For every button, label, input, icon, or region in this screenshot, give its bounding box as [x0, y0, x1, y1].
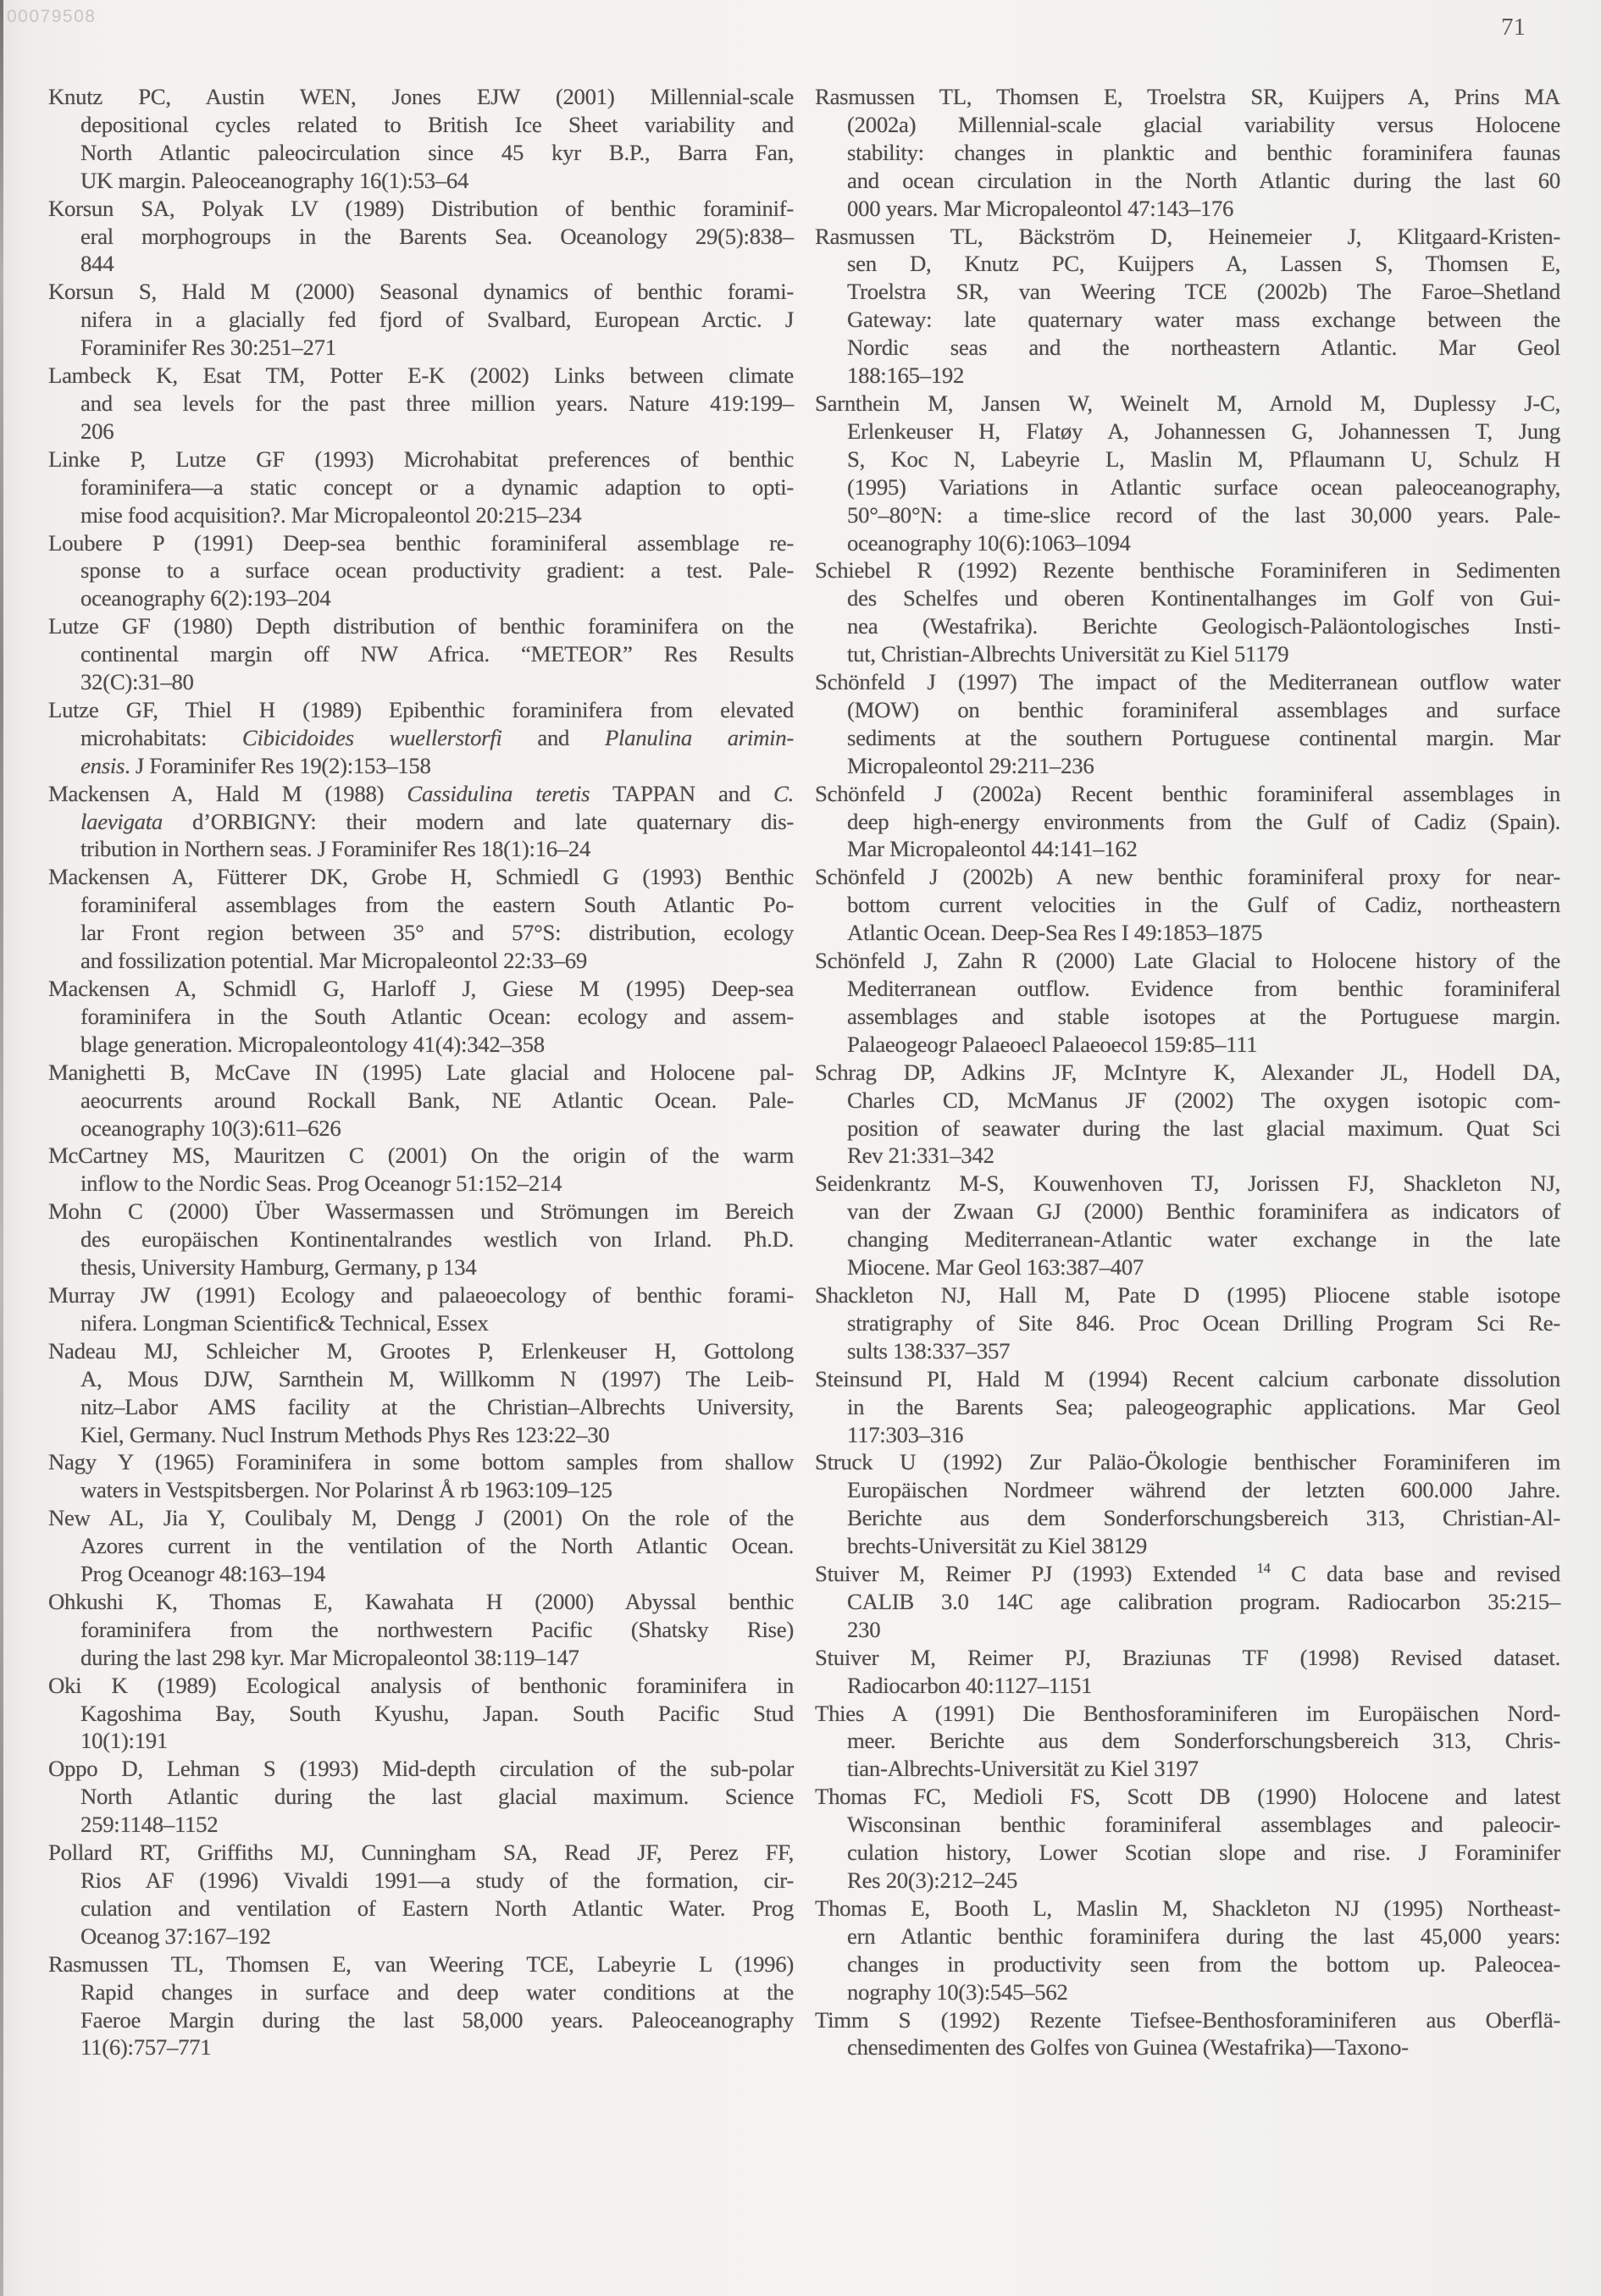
reference-line: Stuiver M, Reimer PJ, Braziunas TF (1998… — [815, 1644, 1560, 1672]
reference-line: aeocurrents around Rockall Bank, NE Atla… — [48, 1087, 794, 1115]
reference-line: Prog Oceanogr 48:163–194 — [48, 1560, 794, 1588]
reference-line: nifera. Longman Scientific& Technical, E… — [48, 1309, 794, 1337]
reference-line: tribution in Northern seas. J Foraminife… — [48, 835, 794, 863]
reference-line: Palaeogeogr Palaeoecl Palaeoecol 159:85–… — [815, 1031, 1560, 1059]
reference-line: position of seawater during the last gla… — [815, 1115, 1560, 1142]
reference-item: Rasmussen TL, Thomsen E, Troelstra SR, K… — [815, 83, 1560, 223]
reference-line: Pollard RT, Griffiths MJ, Cunningham SA,… — [48, 1839, 794, 1867]
reference-line: Nagy Y (1965) Foraminifera in some botto… — [48, 1448, 794, 1476]
reference-line: during the last 298 kyr. Mar Micropaleon… — [48, 1644, 794, 1672]
reference-line: Foraminifer Res 30:251–271 — [48, 334, 794, 362]
reference-line: 188:165–192 — [815, 362, 1560, 390]
reference-line: and sea levels for the past three millio… — [48, 390, 794, 418]
reference-item: Mohn C (2000) Über Wassermassen und Strö… — [48, 1198, 794, 1281]
reference-text: and — [502, 725, 605, 750]
reference-line: Mediterranean outflow. Evidence from ben… — [815, 975, 1560, 1003]
references-column-right: Rasmussen TL, Thomsen E, Troelstra SR, K… — [815, 83, 1560, 2061]
reference-item: Mackensen A, Fütterer DK, Grobe H, Schmi… — [48, 863, 794, 975]
reference-line: deep high-energy environments from the G… — [815, 808, 1560, 836]
reference-line: Res 20(3):212–245 — [815, 1867, 1560, 1895]
reference-line: Kagoshima Bay, South Kyushu, Japan. Sout… — [48, 1700, 794, 1728]
reference-item: Thies A (1991) Die Benthosforaminiferen … — [815, 1700, 1560, 1784]
reference-line: depositional cycles related to British I… — [48, 111, 794, 139]
reference-item: McCartney MS, Mauritzen C (2001) On the … — [48, 1142, 794, 1198]
reference-line: des Schelfes und oberen Kontinentalhange… — [815, 584, 1560, 612]
reference-line: Lambeck K, Esat TM, Potter E-K (2002) Li… — [48, 362, 794, 390]
reference-line: laevigata d’ORBIGNY: their modern and la… — [48, 808, 794, 836]
reference-line: Korsun SA, Polyak LV (1989) Distribution… — [48, 195, 794, 223]
reference-line: tut, Christian-Albrechts Universität zu … — [815, 640, 1560, 668]
reference-line: changes in productivity seen from the bo… — [815, 1950, 1560, 1978]
species-name-italic: Cassidulina teretis — [407, 781, 590, 806]
reference-line: stratigraphy of Site 846. Proc Ocean Dri… — [815, 1309, 1560, 1337]
reference-item: Stuiver M, Reimer PJ, Braziunas TF (1998… — [815, 1644, 1560, 1700]
reference-line: 117:303–316 — [815, 1421, 1560, 1449]
reference-line: ensis. J Foraminifer Res 19(2):153–158 — [48, 752, 794, 780]
reference-line: Wisconsinan benthic foraminiferal assemb… — [815, 1811, 1560, 1839]
reference-line: Ohkushi K, Thomas E, Kawahata H (2000) A… — [48, 1588, 794, 1616]
reference-line: Miocene. Mar Geol 163:387–407 — [815, 1253, 1560, 1281]
reference-line: 259:1148–1152 — [48, 1811, 794, 1839]
reference-line: sediments at the southern Portuguese con… — [815, 724, 1560, 752]
reference-line: 844 — [48, 250, 794, 278]
reference-line: sen D, Knutz PC, Kuijpers A, Lassen S, T… — [815, 250, 1560, 278]
reference-line: ern Atlantic benthic foraminifera during… — [815, 1923, 1560, 1950]
reference-line: microhabitats: Cibicidoides wuellerstorf… — [48, 724, 794, 752]
reference-line: Struck U (1992) Zur Paläo-Ökologie benth… — [815, 1448, 1560, 1476]
reference-line: UK margin. Paleoceanography 16(1):53–64 — [48, 167, 794, 195]
reference-line: 32(C):31–80 — [48, 668, 794, 696]
reference-line: Nadeau MJ, Schleicher M, Grootes P, Erle… — [48, 1337, 794, 1365]
reference-line: Rasmussen TL, Bäckström D, Heinemeier J,… — [815, 223, 1560, 251]
reference-line: assemblages and stable isotopes at the P… — [815, 1003, 1560, 1031]
reference-line: foraminifera in the South Atlantic Ocean… — [48, 1003, 794, 1031]
reference-item: Rasmussen TL, Bäckström D, Heinemeier J,… — [815, 223, 1560, 390]
reference-line: changing Mediterranean-Atlantic water ex… — [815, 1225, 1560, 1253]
reference-line: culation and ventilation of Eastern Nort… — [48, 1895, 794, 1923]
reference-item: Timm S (1992) Rezente Tiefsee-Benthosfor… — [815, 2006, 1560, 2062]
reference-line: 50°–80°N: a time-slice record of the las… — [815, 501, 1560, 529]
reference-line: and fossilization potential. Mar Micropa… — [48, 947, 794, 975]
reference-text: Stuiver M, Reimer PJ (1993) Extended — [815, 1561, 1257, 1586]
reference-line: Stuiver M, Reimer PJ (1993) Extended 14 … — [815, 1560, 1560, 1588]
reference-item: Nadeau MJ, Schleicher M, Grootes P, Erle… — [48, 1337, 794, 1449]
reference-line: stability: changes in planktic and benth… — [815, 139, 1560, 167]
reference-item: Struck U (1992) Zur Paläo-Ökologie benth… — [815, 1448, 1560, 1560]
reference-line: Schönfeld J (2002a) Recent benthic foram… — [815, 780, 1560, 808]
reference-item: Oki K (1989) Ecological analysis of bent… — [48, 1672, 794, 1756]
reference-item: Schönfeld J (1997) The impact of the Med… — [815, 668, 1560, 780]
reference-line: 206 — [48, 418, 794, 445]
reference-line: Erlenkeuser H, Flatøy A, Johannessen G, … — [815, 418, 1560, 445]
reference-item: Schönfeld J (2002a) Recent benthic foram… — [815, 780, 1560, 864]
reference-line: Oceanog 37:167–192 — [48, 1923, 794, 1950]
reference-line: Atlantic Ocean. Deep-Sea Res I 49:1853–1… — [815, 919, 1560, 947]
reference-line: brechts-Universität zu Kiel 38129 — [815, 1532, 1560, 1560]
reference-line: Steinsund PI, Hald M (1994) Recent calci… — [815, 1365, 1560, 1393]
reference-line: North Atlantic during the last glacial m… — [48, 1783, 794, 1811]
species-name-italic: Cibicidoides wuellerstorfi — [242, 725, 502, 750]
reference-line: Charles CD, McManus JF (2002) The oxygen… — [815, 1087, 1560, 1115]
reference-line: Berichte aus dem Sonderforschungsbereich… — [815, 1504, 1560, 1532]
reference-line: Radiocarbon 40:1127–1151 — [815, 1672, 1560, 1700]
reference-item: Lutze GF (1980) Depth distribution of be… — [48, 612, 794, 696]
reference-line: continental margin off NW Africa. “METEO… — [48, 640, 794, 668]
reference-item: Korsun S, Hald M (2000) Seasonal dynamic… — [48, 278, 794, 362]
reference-line: eral morphogroups in the Barents Sea. Oc… — [48, 223, 794, 251]
reference-text: microhabitats: — [80, 725, 242, 750]
reference-line: 10(1):191 — [48, 1727, 794, 1755]
reference-line: nography 10(3):545–562 — [815, 1978, 1560, 2006]
reference-line: Mackensen A, Fütterer DK, Grobe H, Schmi… — [48, 863, 794, 891]
reference-item: Nagy Y (1965) Foraminifera in some botto… — [48, 1448, 794, 1504]
reference-item: Ohkushi K, Thomas E, Kawahata H (2000) A… — [48, 1588, 794, 1672]
reference-line: McCartney MS, Mauritzen C (2001) On the … — [48, 1142, 794, 1170]
reference-text: . J Foraminifer Res 19(2):153–158 — [125, 753, 431, 778]
reference-line: sults 138:337–357 — [815, 1337, 1560, 1365]
reference-item: Lutze GF, Thiel H (1989) Epibenthic fora… — [48, 696, 794, 780]
reference-line: Lutze GF (1980) Depth distribution of be… — [48, 612, 794, 640]
reference-text: d’ORBIGNY: their modern and late quatern… — [163, 809, 794, 834]
reference-line: Loubere P (1991) Deep-sea benthic forami… — [48, 529, 794, 557]
reference-line: thesis, University Hamburg, Germany, p 1… — [48, 1253, 794, 1281]
reference-line: Schönfeld J, Zahn R (2000) Late Glacial … — [815, 947, 1560, 975]
reference-item: Thomas FC, Medioli FS, Scott DB (1990) H… — [815, 1783, 1560, 1895]
reference-line: Thies A (1991) Die Benthosforaminiferen … — [815, 1700, 1560, 1728]
page-number: 71 — [1501, 14, 1526, 41]
reference-line: Mohn C (2000) Über Wassermassen und Strö… — [48, 1198, 794, 1225]
reference-line: foraminiferal assemblages from the easte… — [48, 891, 794, 919]
reference-line: 11(6):757–771 — [48, 2033, 794, 2061]
reference-line: meer. Berichte aus dem Sonderforschungsb… — [815, 1727, 1560, 1755]
species-name-italic: laevigata — [80, 809, 163, 834]
reference-item: Korsun SA, Polyak LV (1989) Distribution… — [48, 195, 794, 279]
reference-item: Steinsund PI, Hald M (1994) Recent calci… — [815, 1365, 1560, 1449]
reference-line: Lutze GF, Thiel H (1989) Epibenthic fora… — [48, 696, 794, 724]
reference-line: oceanography 10(6):1063–1094 — [815, 529, 1560, 557]
reference-line: in the Barents Sea; paleogeographic appl… — [815, 1393, 1560, 1421]
reference-line: (2002a) Millennial-scale glacial variabi… — [815, 111, 1560, 139]
reference-line: Manighetti B, McCave IN (1995) Late glac… — [48, 1059, 794, 1087]
reference-line: tian-Albrechts-Universität zu Kiel 3197 — [815, 1755, 1560, 1783]
reference-line: van der Zwaan GJ (2000) Benthic foramini… — [815, 1198, 1560, 1225]
reference-line: Faeroe Margin during the last 58,000 yea… — [48, 2006, 794, 2034]
reference-line: Mackensen A, Schmidl G, Harloff J, Giese… — [48, 975, 794, 1003]
reference-line: New AL, Jia Y, Coulibaly M, Dengg J (200… — [48, 1504, 794, 1532]
scan-edge-artifact — [0, 0, 3, 2296]
reference-line: Rapid changes in surface and deep water … — [48, 1978, 794, 2006]
reference-line: mise food acquisition?. Mar Micropaleont… — [48, 501, 794, 529]
reference-item: Linke P, Lutze GF (1993) Microhabitat pr… — [48, 445, 794, 529]
reference-line: foraminifera—a static concept or a dynam… — [48, 473, 794, 501]
reference-text: TAPPAN and — [590, 781, 773, 806]
reference-line: Schrag DP, Adkins JF, McIntyre K, Alexan… — [815, 1059, 1560, 1087]
reference-line: Knutz PC, Austin WEN, Jones EJW (2001) M… — [48, 83, 794, 111]
reference-line: Korsun S, Hald M (2000) Seasonal dynamic… — [48, 278, 794, 306]
reference-item: Shackleton NJ, Hall M, Pate D (1995) Pli… — [815, 1281, 1560, 1365]
reference-item: Oppo D, Lehman S (1993) Mid-depth circul… — [48, 1755, 794, 1839]
reference-line: culation history, Lower Scotian slope an… — [815, 1839, 1560, 1867]
scan-watermark: 00079508 — [7, 7, 96, 27]
reference-line: and ocean circulation in the North Atlan… — [815, 167, 1560, 195]
reference-line: oceanography 6(2):193–204 — [48, 584, 794, 612]
reference-line: Seidenkrantz M-S, Kouwenhoven TJ, Joriss… — [815, 1170, 1560, 1198]
species-name-italic: Planulina arimin- — [605, 725, 794, 750]
reference-item: Stuiver M, Reimer PJ (1993) Extended 14 … — [815, 1560, 1560, 1644]
reference-line: Europäischen Nordmeer während der letzte… — [815, 1476, 1560, 1504]
scanned-paper-page: { "page": { "watermark": "00079508", "pa… — [0, 0, 1601, 2296]
reference-item: Rasmussen TL, Thomsen E, van Weering TCE… — [48, 1950, 794, 2062]
reference-item: Schönfeld J, Zahn R (2000) Late Glacial … — [815, 947, 1560, 1059]
reference-line: 000 years. Mar Micropaleontol 47:143–176 — [815, 195, 1560, 223]
reference-line: Rios AF (1996) Vivaldi 1991—a study of t… — [48, 1867, 794, 1895]
reference-item: Schiebel R (1992) Rezente benthische For… — [815, 556, 1560, 668]
reference-line: Oki K (1989) Ecological analysis of bent… — [48, 1672, 794, 1700]
reference-line: Schiebel R (1992) Rezente benthische For… — [815, 556, 1560, 584]
reference-item: Mackensen A, Hald M (1988) Cassidulina t… — [48, 780, 794, 864]
reference-line: des europäischen Kontinentalrandes westl… — [48, 1225, 794, 1253]
reference-item: Mackensen A, Schmidl G, Harloff J, Giese… — [48, 975, 794, 1059]
species-name-italic: ensis — [80, 753, 125, 778]
reference-line: bottom current velocities in the Gulf of… — [815, 891, 1560, 919]
reference-item: Seidenkrantz M-S, Kouwenhoven TJ, Joriss… — [815, 1170, 1560, 1281]
reference-line: (MOW) on benthic foraminiferal assemblag… — [815, 696, 1560, 724]
reference-line: Rasmussen TL, Thomsen E, van Weering TCE… — [48, 1950, 794, 1978]
reference-line: CALIB 3.0 14C age calibration program. R… — [815, 1588, 1560, 1616]
reference-item: New AL, Jia Y, Coulibaly M, Dengg J (200… — [48, 1504, 794, 1588]
reference-line: Rev 21:331–342 — [815, 1142, 1560, 1170]
reference-item: Thomas E, Booth L, Maslin M, Shackleton … — [815, 1895, 1560, 2006]
references-column-left: Knutz PC, Austin WEN, Jones EJW (2001) M… — [48, 83, 794, 2061]
reference-line: sponse to a surface ocean productivity g… — [48, 556, 794, 584]
reference-line: Murray JW (1991) Ecology and palaeoecolo… — [48, 1281, 794, 1309]
reference-line: nea (Westafrika). Berichte Geologisch-Pa… — [815, 612, 1560, 640]
reference-item: Lambeck K, Esat TM, Potter E-K (2002) Li… — [48, 362, 794, 445]
reference-item: Schrag DP, Adkins JF, McIntyre K, Alexan… — [815, 1059, 1560, 1170]
reference-item: Schönfeld J (2002b) A new benthic forami… — [815, 863, 1560, 947]
reference-line: A, Mous DJW, Sarnthein M, Willkomm N (19… — [48, 1365, 794, 1393]
reference-line: Schönfeld J (2002b) A new benthic forami… — [815, 863, 1560, 891]
species-name-italic: C. — [773, 781, 794, 806]
reference-line: 230 — [815, 1616, 1560, 1644]
reference-item: Murray JW (1991) Ecology and palaeoecolo… — [48, 1281, 794, 1337]
reference-line: Oppo D, Lehman S (1993) Mid-depth circul… — [48, 1755, 794, 1783]
reference-item: Pollard RT, Griffiths MJ, Cunningham SA,… — [48, 1839, 794, 1950]
reference-line: (1995) Variations in Atlantic surface oc… — [815, 473, 1560, 501]
reference-line: chensedimenten des Golfes von Guinea (We… — [815, 2033, 1560, 2061]
reference-line: nitz–Labor AMS facility at the Christian… — [48, 1393, 794, 1421]
reference-line: nifera in a glacially fed fjord of Svalb… — [48, 306, 794, 334]
reference-line: Schönfeld J (1997) The impact of the Med… — [815, 668, 1560, 696]
reference-item: Loubere P (1991) Deep-sea benthic forami… — [48, 529, 794, 613]
reference-line: Micropaleontol 29:211–236 — [815, 752, 1560, 780]
reference-line: Thomas FC, Medioli FS, Scott DB (1990) H… — [815, 1783, 1560, 1811]
reference-line: Nordic seas and the northeastern Atlanti… — [815, 334, 1560, 362]
reference-text: C data base and revised — [1271, 1561, 1560, 1586]
reference-line: Azores current in the ventilation of the… — [48, 1532, 794, 1560]
reference-item: Knutz PC, Austin WEN, Jones EJW (2001) M… — [48, 83, 794, 195]
reference-line: Timm S (1992) Rezente Tiefsee-Benthosfor… — [815, 2006, 1560, 2034]
reference-line: North Atlantic paleocirculation since 45… — [48, 139, 794, 167]
reference-line: Thomas E, Booth L, Maslin M, Shackleton … — [815, 1895, 1560, 1923]
reference-line: foraminifera from the northwestern Pacif… — [48, 1616, 794, 1644]
reference-line: Shackleton NJ, Hall M, Pate D (1995) Pli… — [815, 1281, 1560, 1309]
reference-line: inflow to the Nordic Seas. Prog Oceanogr… — [48, 1170, 794, 1198]
reference-line: Mackensen A, Hald M (1988) Cassidulina t… — [48, 780, 794, 808]
reference-line: Gateway: late quaternary water mass exch… — [815, 306, 1560, 334]
reference-line: waters in Vestspitsbergen. Nor Polarinst… — [48, 1476, 794, 1504]
reference-text: Mackensen A, Hald M (1988) — [48, 781, 407, 806]
superscript-text: 14 — [1257, 1560, 1271, 1576]
reference-line: Sarnthein M, Jansen W, Weinelt M, Arnold… — [815, 390, 1560, 418]
reference-line: Kiel, Germany. Nucl Instrum Methods Phys… — [48, 1421, 794, 1449]
reference-item: Manighetti B, McCave IN (1995) Late glac… — [48, 1059, 794, 1142]
reference-line: oceanography 10(3):611–626 — [48, 1115, 794, 1142]
reference-line: Troelstra SR, van Weering TCE (2002b) Th… — [815, 278, 1560, 306]
reference-line: lar Front region between 35° and 57°S: d… — [48, 919, 794, 947]
reference-item: Sarnthein M, Jansen W, Weinelt M, Arnold… — [815, 390, 1560, 556]
reference-line: Linke P, Lutze GF (1993) Microhabitat pr… — [48, 445, 794, 473]
reference-line: Rasmussen TL, Thomsen E, Troelstra SR, K… — [815, 83, 1560, 111]
reference-line: blage generation. Micropaleontology 41(4… — [48, 1031, 794, 1059]
reference-line: S, Koc N, Labeyrie L, Maslin M, Pflauman… — [815, 445, 1560, 473]
reference-line: Mar Micropaleontol 44:141–162 — [815, 835, 1560, 863]
